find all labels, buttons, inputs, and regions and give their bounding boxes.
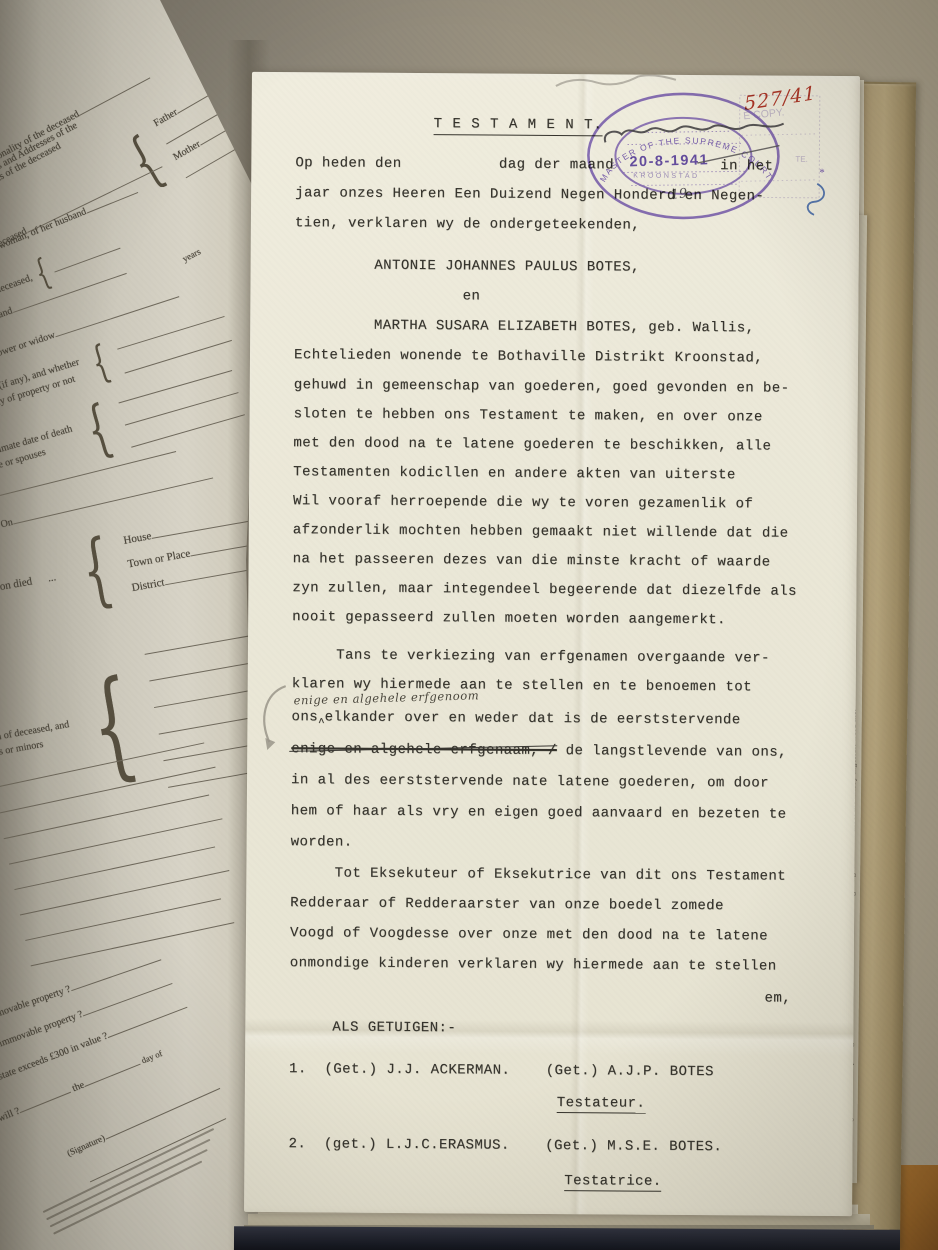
- typed-line-with-strike: enige en algehele erfgenaam, / de langst…: [291, 742, 787, 759]
- typed-line: em,: [764, 991, 791, 1005]
- witnesses-heading: ALS GETUIGEN:-: [332, 1020, 456, 1035]
- document-title: T E S T A M E N T.: [434, 117, 603, 136]
- brace-glyph: {: [77, 532, 117, 608]
- typed-line: zyn zullen, maar integendeel begeerende …: [292, 581, 797, 599]
- typed-line: ANTONIE JOHANNES PAULUS BOTES,: [295, 258, 640, 274]
- typed-line: gehuwd in gemeenschap van goederen, goed…: [294, 378, 790, 395]
- typed-line: Wil vooraf herroepende die wy te voren g…: [293, 494, 753, 511]
- notice-title: NOTICE: [158, 0, 323, 14]
- blank-rule: [51, 240, 120, 272]
- typed-line: Tot Eksekuteur of Eksekutrice van dit on…: [290, 866, 786, 883]
- form-field-label: erson died: [0, 575, 33, 595]
- curved-arrow-icon: [253, 680, 298, 760]
- typed-line: onmondige kinderen verklaren wy hiermede…: [290, 956, 777, 973]
- archival-photo: NOTICE S CONTAINED IN ESTATES ACT, 1913.…: [0, 0, 938, 1250]
- underlined-label: Testateur.: [557, 1095, 646, 1114]
- struck-text: enige en algehele erfgenaam, /: [291, 741, 557, 759]
- brace-glyph: {: [32, 256, 55, 291]
- testator-label: Testateur.: [557, 1096, 646, 1111]
- caret-mark: ^: [318, 717, 325, 729]
- notice-act-line: ESTATES ACT, 1913.: [194, 0, 344, 34]
- blue-flourish: [808, 184, 824, 215]
- stamp-date: 20-8-1941: [629, 152, 709, 170]
- typed-line-with-caret: ons^elkander over en weder dat is de eer…: [291, 710, 740, 727]
- testatrix-label: Testatrice.: [564, 1174, 661, 1189]
- typed-line: en: [294, 288, 480, 303]
- form-field-label: Mother: [171, 139, 202, 163]
- typed-line: met den dood na te latene goederen te be…: [293, 436, 771, 453]
- form-field-label: years: [181, 246, 202, 264]
- typed-line: nooit gepasseerd zullen moeten worden aa…: [292, 610, 726, 627]
- typed-line: MARTHA SUSARA ELIZABETH BOTES, geb. Wall…: [294, 318, 754, 335]
- typed-line: afzonderlik mochten hebben gemaakt niet …: [293, 523, 789, 540]
- typed-line: hem of haar als vry en eigen goed aanvaa…: [291, 804, 787, 821]
- notice-subtitle: S CONTAINED IN: [187, 0, 337, 27]
- paper-folds: [244, 72, 860, 1216]
- typed-line: Voogd of Voogdesse over onze met den doo…: [290, 926, 768, 943]
- blank-lines-block: [0, 741, 253, 991]
- blank-rule: [20, 870, 230, 915]
- faded-te-text: TE.: [795, 155, 808, 164]
- typed-line: worden.: [291, 835, 353, 849]
- blank-rule: [4, 795, 210, 840]
- blank-rule: [25, 898, 221, 941]
- header-rule: [203, 0, 349, 38]
- typed-word: de langstlevende van ons,: [557, 743, 787, 761]
- form-notice-header: NOTICE S CONTAINED IN ESTATES ACT, 1913.: [158, 0, 351, 40]
- court-stamp: E COPY. TE. * MASTER OF THE SUPREME COUR…: [581, 84, 838, 236]
- blank-rule: [9, 818, 222, 864]
- blank-rule: [76, 70, 151, 116]
- form-field-label: ...: [47, 571, 57, 584]
- blank-rule: [14, 846, 215, 890]
- typed-line: Redderaar of Redderaarster van onze boed…: [290, 896, 724, 913]
- form-field-label: day of: [140, 1048, 164, 1065]
- form-field-label: House: [123, 530, 153, 547]
- blank-rule: [82, 1056, 141, 1087]
- witness-row: 2. (get.) L.J.C.ERASMUS. (Get.) M.S.E. B…: [288, 1137, 722, 1154]
- typed-line: Tans te verkiezing van erfgenamen overga…: [292, 648, 770, 665]
- pencil-number: 19: [670, 186, 688, 203]
- typed-line: Echtelieden wonende te Bothaville Distri…: [294, 348, 763, 365]
- book-cover-edge: [234, 1226, 900, 1250]
- testament-page: T E S T A M E N T. Op heden den dag der …: [244, 72, 860, 1216]
- brace-glyph: {: [87, 342, 113, 384]
- witness-row: 1. (Get.) J.J. ACKERMAN. (Get.) A.J.P. B…: [289, 1062, 714, 1079]
- typed-line: sloten te hebben ons Testament te maken,…: [294, 407, 763, 424]
- form-field-label: Town or Place: [127, 548, 192, 571]
- typed-word: elkander over en weder dat is de eerstst…: [325, 709, 741, 728]
- blank-rule: [17, 1084, 71, 1113]
- stamp-star: *: [819, 167, 825, 179]
- form-field-label: District: [131, 576, 166, 594]
- typed-line: in al des eerststervende nate latene goe…: [291, 773, 769, 790]
- header-rule: [182, 0, 315, 19]
- typed-line: Testamenten kodicllen en andere akten va…: [293, 465, 736, 482]
- stamp-office: KROONSTAD: [633, 173, 699, 180]
- form-field: years: [181, 246, 202, 264]
- fine-print-line: [43, 1128, 215, 1213]
- underlined-label: Testatrice.: [564, 1173, 661, 1192]
- typed-line: na het passeeren dezes van die minste kr…: [293, 552, 771, 569]
- form-field-label: (Signature): [65, 1133, 106, 1159]
- brace-glyph: {: [81, 399, 117, 459]
